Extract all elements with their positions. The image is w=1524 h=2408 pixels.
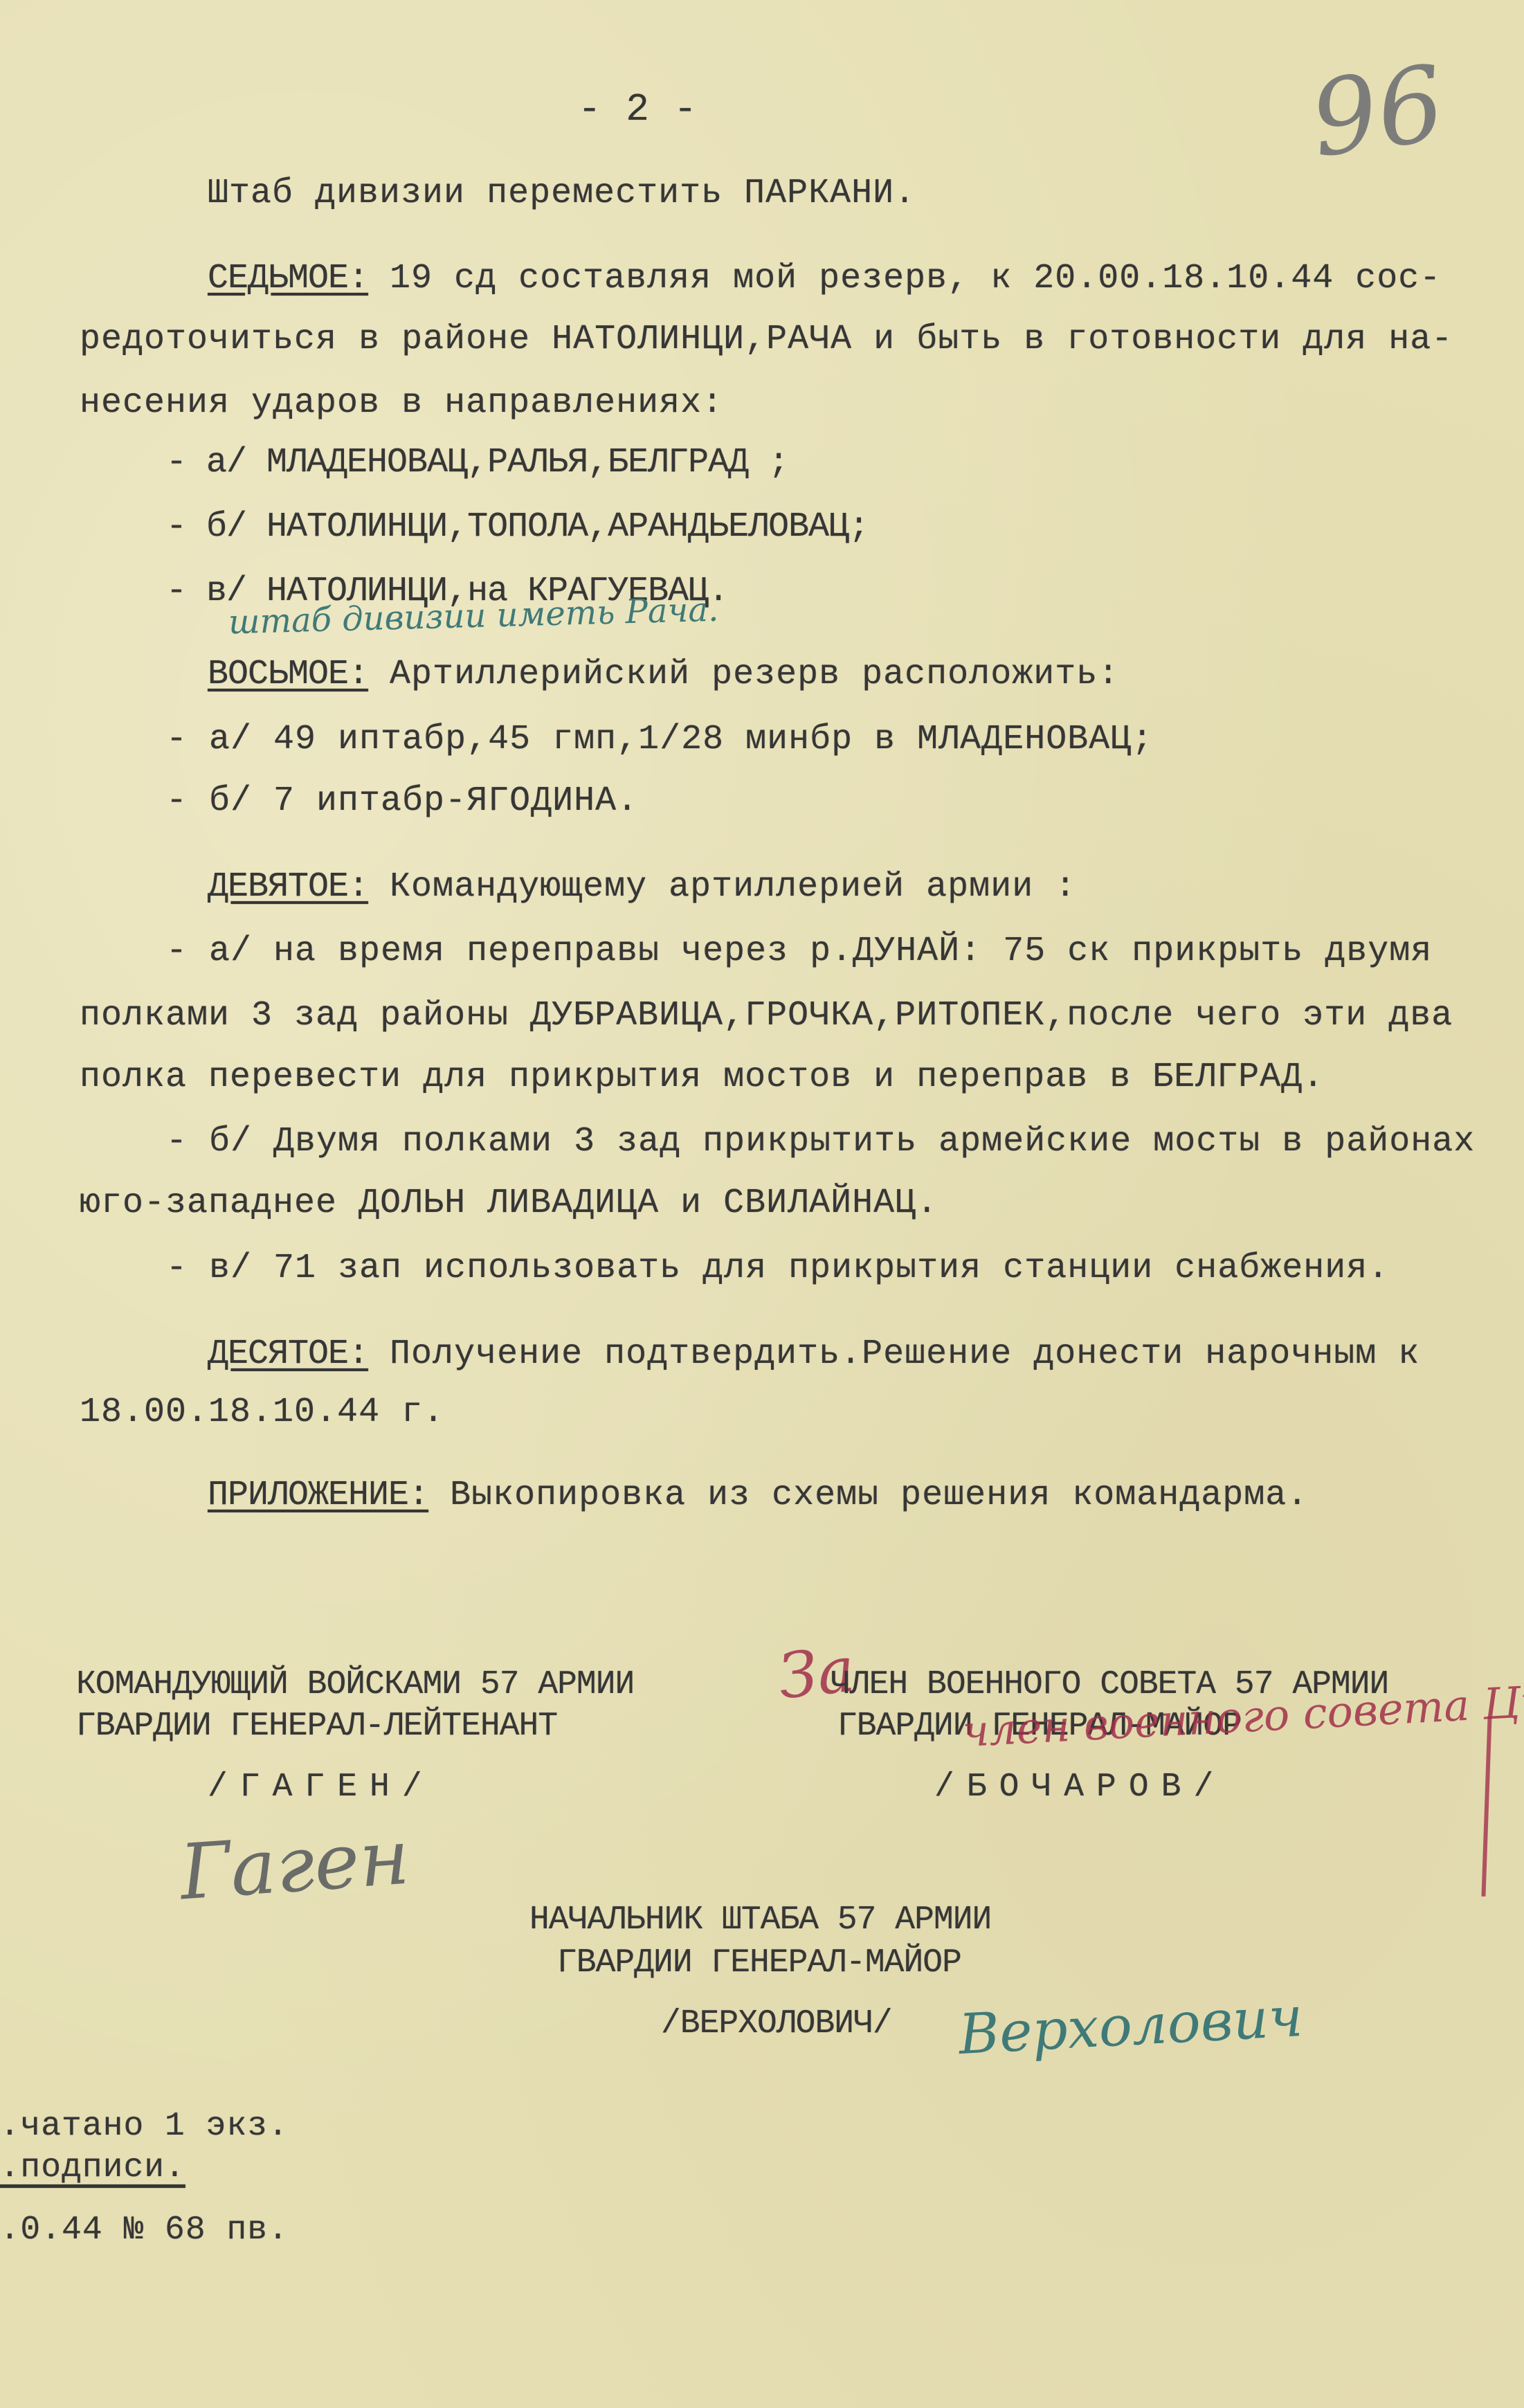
red-signature-stroke <box>1481 1717 1491 1896</box>
page-number: - 2 - <box>578 90 698 129</box>
chief-of-staff-title: НАЧАЛЬНИК ШТАБА 57 АРМИИ <box>529 1903 991 1937</box>
commander-rank: ГВАРДИИ ГЕНЕРАЛ-ЛЕЙТЕНАНТ <box>76 1710 557 1743</box>
section-text: редоточиться в районе НАТОЛИНЦИ,РАЧА и б… <box>80 323 1453 357</box>
chief-of-staff-rank: ГВАРДИИ ГЕНЕРАЛ-МАЙОР <box>557 1946 961 1980</box>
list-item: - б/ 7 иптабр-ЯГОДИНА. <box>166 784 638 819</box>
section-text: Выкопировка из схемы решения командарма. <box>428 1476 1308 1515</box>
list-item-cont: юго-западнее ДОЛЬН ЛИВАДИЦА и СВИЛАЙНАЦ. <box>80 1186 938 1221</box>
section-text: 18.00.18.10.44 г. <box>80 1395 444 1430</box>
section-ninth: ДЕВЯТОЕ: Командующему артиллерией армии … <box>208 870 1076 905</box>
section-text: Артиллерийский резерв расположить: <box>368 655 1119 694</box>
list-item: - а/ на время переправы через р.ДУНАЙ: 7… <box>166 934 1432 969</box>
list-item-cont: полками 3 зад районы ДУБРАВИЦА,ГРОЧКА,РИ… <box>80 999 1453 1033</box>
list-item-cont: полка перевести для прикрытия мостов и п… <box>80 1060 1324 1095</box>
section-heading: ДЕСЯТОЕ: <box>208 1334 368 1374</box>
commander-title: КОМАНДУЮЩИЙ ВОЙСКАМИ 57 АРМИИ <box>76 1668 634 1701</box>
section-heading: ВОСЬМОЕ: <box>208 655 368 694</box>
list-item: - в/ 71 зап использовать для прикрытия с… <box>166 1251 1389 1286</box>
section-seventh: СЕДЬМОЕ: 19 сд составляя мой резерв, к 2… <box>208 262 1441 296</box>
commander-signature: Гаген <box>177 1813 412 1917</box>
list-item: - а/ 49 иптабр,45 гмп,1/28 минбр в МЛАДЕ… <box>166 723 1153 757</box>
council-member-name: /БОЧАРОВ/ <box>934 1771 1226 1804</box>
list-item: - б/ НАТОЛИНЦИ,ТОПОЛА,АРАНДЬЕЛОВАЦ; <box>166 510 869 545</box>
copies-note: ...чатано 1 экз. <box>0 2110 289 2143</box>
section-text: Получение подтвердить.Решение донести на… <box>368 1334 1419 1374</box>
commander-name: /ГАГЕН/ <box>208 1771 435 1804</box>
list-item: - б/ Двумя полками 3 зад прикрытить арме… <box>166 1125 1475 1159</box>
intro-text: Штаб дивизии переместить ПАРКАНИ. <box>208 176 916 211</box>
chief-of-staff-name: /ВЕРХОЛОВИЧ/ <box>661 2007 892 2040</box>
section-appendix: ПРИЛОЖЕНИЕ: Выкопировка из схемы решения… <box>208 1478 1308 1513</box>
section-text: 19 сд составляя мой резерв, к 20.00.18.1… <box>368 259 1441 298</box>
list-item: - а/ МЛАДЕНОВАЦ,РАЛЬЯ,БЕЛГРАД ; <box>166 446 788 480</box>
section-heading: ПРИЛОЖЕНИЕ: <box>208 1476 428 1515</box>
section-heading: СЕДЬМОЕ: <box>208 259 368 298</box>
section-text: несения ударов в направлениях: <box>80 386 723 421</box>
chief-of-staff-signature: Верхолович <box>957 1984 1305 2067</box>
section-text: Командующему артиллерией армии : <box>368 867 1076 907</box>
registration-number: ...0.44 № 68 пв. <box>0 2214 289 2247</box>
section-eighth: ВОСЬМОЕ: Артиллерийский резерв расположи… <box>208 658 1119 692</box>
section-heading: ДЕВЯТОЕ: <box>208 867 368 907</box>
folio-number: 96 <box>1304 44 1451 181</box>
section-tenth: ДЕСЯТОЕ: Получение подтвердить.Решение д… <box>208 1337 1419 1372</box>
signatures-label: ...подписи. <box>0 2151 185 2184</box>
